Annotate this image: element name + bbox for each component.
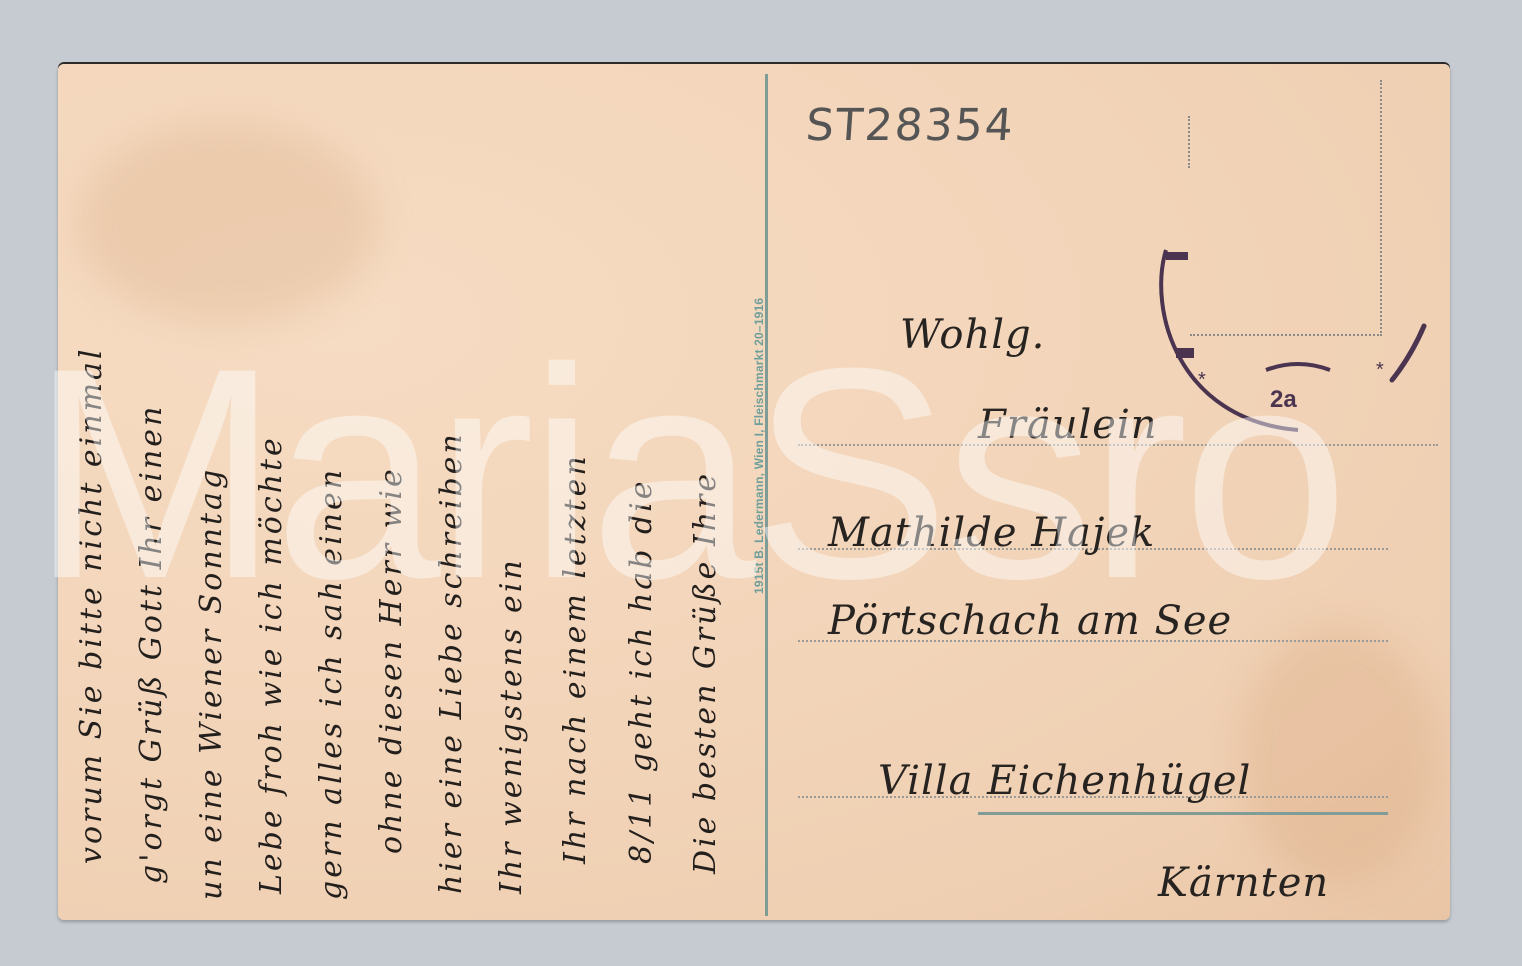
message-line: 8/11 geht ich hab die bbox=[624, 478, 659, 864]
publisher-imprint: 1915t B. Ledermann, Wien I, Fleischmarkt… bbox=[752, 298, 766, 594]
message-line: ohne diesen Herr wie bbox=[374, 466, 409, 854]
message-line: Ihr wenigstens ein bbox=[494, 557, 529, 894]
address-salutation: Wohlg. bbox=[900, 312, 1045, 358]
address-name: Mathilde Hajek bbox=[828, 510, 1155, 556]
address-villa: Villa Eichenhügel bbox=[878, 758, 1251, 804]
address-town: Pörtschach am See bbox=[828, 598, 1232, 644]
message-line: g'orgt Grüß Gott Ihr einen bbox=[134, 404, 169, 884]
address-region: Kärnten bbox=[1158, 860, 1329, 906]
message-line: hier eine Liebe schreiben bbox=[434, 431, 469, 894]
message-line: Lebe froh wie ich möchte bbox=[254, 435, 289, 894]
svg-text:*: * bbox=[1376, 359, 1384, 381]
message-line: Ihr nach einem letzten bbox=[558, 453, 593, 864]
message-line: vorum Sie bitte nicht einmal bbox=[74, 346, 109, 864]
inventory-number: ST28354 bbox=[804, 100, 1016, 151]
message-line: Die besten Grüße Ihre bbox=[688, 471, 723, 874]
message-line: un eine Wiener Sonntag bbox=[194, 467, 229, 900]
handwritten-message: vorum Sie bitte nicht einmal g'orgt Grüß… bbox=[58, 64, 758, 920]
svg-text:*: * bbox=[1198, 369, 1206, 391]
paper-stain bbox=[1238, 624, 1438, 884]
message-line: gern alles ich sah einen bbox=[314, 467, 349, 900]
postcard-back: vorum Sie bitte nicht einmal g'orgt Grüß… bbox=[58, 64, 1450, 920]
address-underline bbox=[978, 812, 1388, 815]
address-title: Fräulein bbox=[978, 402, 1158, 448]
postmark-code: 2a bbox=[1270, 386, 1297, 414]
